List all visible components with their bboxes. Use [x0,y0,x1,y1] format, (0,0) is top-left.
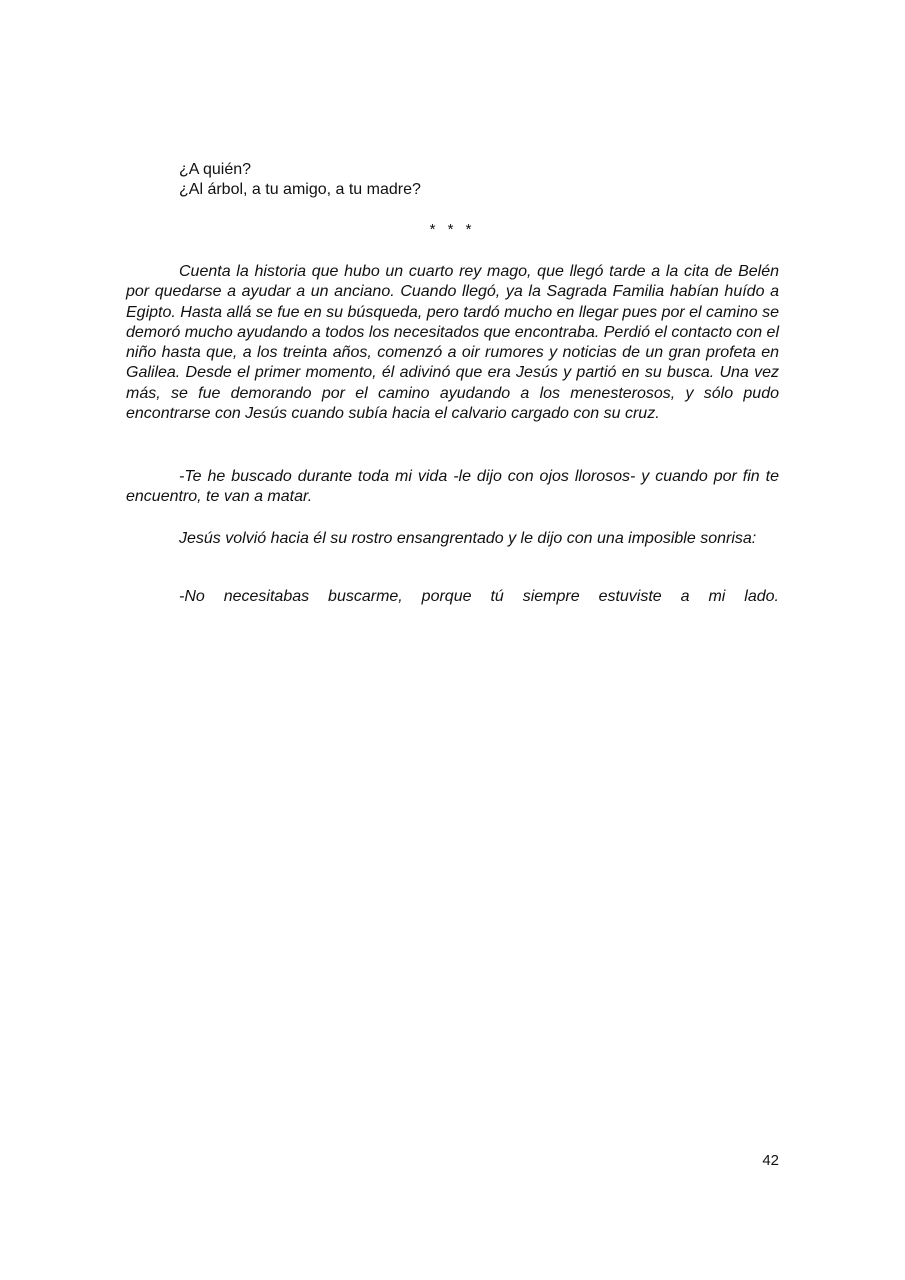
dialogue-block: ¿A quién? ¿Al árbol, a tu amigo, a tu ma… [126,160,779,201]
dialogue-paragraph: -Te he buscado durante toda mi vida -le … [126,467,779,508]
dialogue-line-1: ¿A quién? [179,160,779,180]
document-page: ¿A quién? ¿Al árbol, a tu amigo, a tu ma… [0,0,905,1280]
story-paragraph: Jesús volvió hacia él su rostro ensangre… [126,529,779,549]
dialogue-paragraph: -No necesitabas buscarme, porque tú siem… [126,587,779,607]
story-paragraph: Cuenta la historia que hubo un cuarto re… [126,262,779,424]
page-number: 42 [126,1152,779,1169]
dialogue-line-2: ¿Al árbol, a tu amigo, a tu madre? [179,180,779,200]
section-separator: * * * [126,221,779,238]
